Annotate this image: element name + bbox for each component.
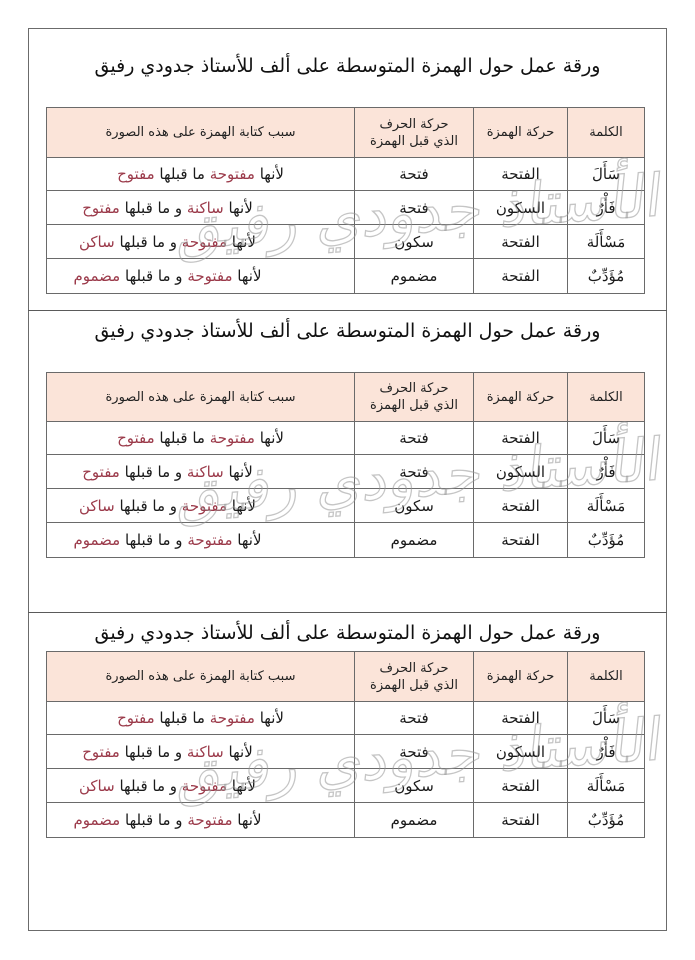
table-row: فَأْرٌالسكونفتحةلأنها ساكنة و ما قبلها م… <box>47 455 645 489</box>
table-row: مُؤَدِّبٌالفتحةمضموملأنها مفتوحة و ما قب… <box>47 803 645 838</box>
worksheet-table: الكلمة حركة الهمزة حركة الحرفالذي قبل ال… <box>46 107 645 294</box>
cell-word: مُؤَدِّبٌ <box>568 259 645 294</box>
cell-prev-vowel: فتحة <box>355 422 474 455</box>
cell-word: سَأَلَ <box>568 702 645 735</box>
reason-text: و ما قبلها <box>120 199 187 217</box>
header-prev-vowel: حركة الحرفالذي قبل الهمزة <box>355 373 474 422</box>
highlighted-term: مفتوحة <box>182 777 227 795</box>
cell-reason: لأنها مفتوحة و ما قبلها ساكن <box>47 489 355 523</box>
reason-text: ما قبلها <box>155 165 210 183</box>
highlighted-term: مفتوح <box>82 743 120 761</box>
highlighted-term: ساكنة <box>187 463 224 481</box>
table-row: سَأَلَالفتحةفتحةلأنها مفتوحة ما قبلها مف… <box>47 702 645 735</box>
header-word: الكلمة <box>568 373 645 422</box>
reason-text: و ما قبلها <box>120 463 187 481</box>
reason-text: ما قبلها <box>155 429 210 447</box>
worksheet-title: ورقة عمل حول الهمزة المتوسطة على ألف للأ… <box>28 622 667 644</box>
reason-text: و ما قبلها <box>120 531 187 549</box>
highlighted-term: مضموم <box>73 531 120 549</box>
table-header-row: الكلمة حركة الهمزة حركة الحرفالذي قبل ال… <box>47 108 645 158</box>
header-prev-vowel: حركة الحرفالذي قبل الهمزة <box>355 652 474 702</box>
cell-word: مَسْأَلَة <box>568 489 645 523</box>
cell-reason: لأنها ساكنة و ما قبلها مفتوح <box>47 191 355 225</box>
highlighted-term: مفتوح <box>117 165 155 183</box>
reason-text: لأنها <box>224 743 253 761</box>
cell-hamza-vowel: الفتحة <box>474 489 568 523</box>
header-word: الكلمة <box>568 652 645 702</box>
cell-hamza-vowel: الفتحة <box>474 259 568 294</box>
table-row: فَأْرٌالسكونفتحةلأنها ساكنة و ما قبلها م… <box>47 735 645 769</box>
cell-word: سَأَلَ <box>568 422 645 455</box>
highlighted-term: ساكن <box>79 497 115 515</box>
highlighted-term: مفتوحة <box>182 233 227 251</box>
cell-word: مَسْأَلَة <box>568 769 645 803</box>
table-row: مُؤَدِّبٌالفتحةمضموملأنها مفتوحة و ما قب… <box>47 259 645 294</box>
cell-word: فَأْرٌ <box>568 735 645 769</box>
table-row: فَأْرٌالسكونفتحةلأنها ساكنة و ما قبلها م… <box>47 191 645 225</box>
table-body: سَأَلَالفتحةفتحةلأنها مفتوحة ما قبلها مف… <box>47 422 645 558</box>
reason-text: لأنها <box>227 233 256 251</box>
highlighted-term: ساكنة <box>187 199 224 217</box>
table-row: سَأَلَالفتحةفتحةلأنها مفتوحة ما قبلها مف… <box>47 422 645 455</box>
header-prev-vowel: حركة الحرفالذي قبل الهمزة <box>355 108 474 158</box>
cell-prev-vowel: سكون <box>355 769 474 803</box>
reason-text: ما قبلها <box>155 709 210 727</box>
cell-prev-vowel: فتحة <box>355 191 474 225</box>
worksheet-table: الكلمة حركة الهمزة حركة الحرفالذي قبل ال… <box>46 651 645 838</box>
cell-prev-vowel: مضموم <box>355 259 474 294</box>
worksheet-title: ورقة عمل حول الهمزة المتوسطة على ألف للأ… <box>28 55 667 77</box>
reason-text: لأنها <box>255 709 284 727</box>
header-hamza-vowel: حركة الهمزة <box>474 652 568 702</box>
cell-word: مُؤَدِّبٌ <box>568 803 645 838</box>
reason-text: و ما قبلها <box>115 233 182 251</box>
reason-text: لأنها <box>255 429 284 447</box>
cell-word: فَأْرٌ <box>568 455 645 489</box>
table-body: سَأَلَالفتحةفتحةلأنها مفتوحة ما قبلها مف… <box>47 702 645 838</box>
reason-text: و ما قبلها <box>120 267 187 285</box>
header-hamza-vowel: حركة الهمزة <box>474 108 568 158</box>
highlighted-term: مفتوحة <box>210 165 255 183</box>
header-reason: سبب كتابة الهمزة على هذه الصورة <box>47 108 355 158</box>
cell-reason: لأنها مفتوحة و ما قبلها ساكن <box>47 769 355 803</box>
highlighted-term: مفتوحة <box>210 709 255 727</box>
cell-prev-vowel: فتحة <box>355 702 474 735</box>
reason-text: لأنها <box>224 463 253 481</box>
cell-hamza-vowel: السكون <box>474 191 568 225</box>
reason-text: لأنها <box>233 531 262 549</box>
cell-reason: لأنها مفتوحة و ما قبلها مضموم <box>47 803 355 838</box>
table-row: مَسْأَلَةالفتحةسكونلأنها مفتوحة و ما قبل… <box>47 489 645 523</box>
table-header-row: الكلمة حركة الهمزة حركة الحرفالذي قبل ال… <box>47 373 645 422</box>
cell-hamza-vowel: الفتحة <box>474 769 568 803</box>
cell-reason: لأنها مفتوحة ما قبلها مفتوح <box>47 702 355 735</box>
table-row: مَسْأَلَةالفتحةسكونلأنها مفتوحة و ما قبل… <box>47 225 645 259</box>
header-prev-vowel-line2: الذي قبل الهمزة <box>370 134 458 149</box>
cell-hamza-vowel: السكون <box>474 455 568 489</box>
highlighted-term: مفتوح <box>117 429 155 447</box>
reason-text: و ما قبلها <box>115 777 182 795</box>
table-row: مُؤَدِّبٌالفتحةمضموملأنها مفتوحة و ما قب… <box>47 523 645 558</box>
reason-text: لأنها <box>227 777 256 795</box>
cell-word: مُؤَدِّبٌ <box>568 523 645 558</box>
table-row: مَسْأَلَةالفتحةسكونلأنها مفتوحة و ما قبل… <box>47 769 645 803</box>
reason-text: و ما قبلها <box>115 497 182 515</box>
cell-hamza-vowel: الفتحة <box>474 225 568 259</box>
highlighted-term: مفتوحة <box>187 811 232 829</box>
cell-prev-vowel: فتحة <box>355 735 474 769</box>
cell-hamza-vowel: الفتحة <box>474 422 568 455</box>
reason-text: و ما قبلها <box>120 811 187 829</box>
highlighted-term: مفتوحة <box>210 429 255 447</box>
cell-prev-vowel: مضموم <box>355 523 474 558</box>
header-reason: سبب كتابة الهمزة على هذه الصورة <box>47 373 355 422</box>
highlighted-term: ساكن <box>79 233 115 251</box>
worksheet-table: الكلمة حركة الهمزة حركة الحرفالذي قبل ال… <box>46 372 645 558</box>
header-prev-vowel-line1: حركة الحرف <box>379 661 448 676</box>
reason-text: لأنها <box>255 165 284 183</box>
cell-reason: لأنها مفتوحة ما قبلها مفتوح <box>47 158 355 191</box>
highlighted-term: مفتوحة <box>187 267 232 285</box>
reason-text: لأنها <box>227 497 256 515</box>
header-hamza-vowel: حركة الهمزة <box>474 373 568 422</box>
highlighted-term: مفتوح <box>117 709 155 727</box>
cell-reason: لأنها ساكنة و ما قبلها مفتوح <box>47 455 355 489</box>
highlighted-term: ساكن <box>79 777 115 795</box>
reason-text: لأنها <box>233 811 262 829</box>
worksheet-section-1: ورقة عمل حول الهمزة المتوسطة على ألف للأ… <box>28 28 667 310</box>
highlighted-term: مضموم <box>73 811 120 829</box>
highlighted-term: مفتوح <box>82 463 120 481</box>
header-reason: سبب كتابة الهمزة على هذه الصورة <box>47 652 355 702</box>
cell-reason: لأنها مفتوحة و ما قبلها مضموم <box>47 523 355 558</box>
cell-hamza-vowel: السكون <box>474 735 568 769</box>
cell-hamza-vowel: الفتحة <box>474 803 568 838</box>
cell-reason: لأنها مفتوحة و ما قبلها مضموم <box>47 259 355 294</box>
highlighted-term: مفتوح <box>82 199 120 217</box>
worksheet-title: ورقة عمل حول الهمزة المتوسطة على ألف للأ… <box>28 320 667 342</box>
table-row: سَأَلَالفتحةفتحةلأنها مفتوحة ما قبلها مف… <box>47 158 645 191</box>
cell-prev-vowel: سكون <box>355 489 474 523</box>
cell-hamza-vowel: الفتحة <box>474 158 568 191</box>
cell-reason: لأنها ساكنة و ما قبلها مفتوح <box>47 735 355 769</box>
reason-text: و ما قبلها <box>120 743 187 761</box>
cell-reason: لأنها مفتوحة و ما قبلها ساكن <box>47 225 355 259</box>
cell-word: فَأْرٌ <box>568 191 645 225</box>
header-word: الكلمة <box>568 108 645 158</box>
cell-prev-vowel: فتحة <box>355 158 474 191</box>
header-prev-vowel-line2: الذي قبل الهمزة <box>370 678 458 693</box>
header-prev-vowel-line1: حركة الحرف <box>379 117 448 132</box>
table-header-row: الكلمة حركة الهمزة حركة الحرفالذي قبل ال… <box>47 652 645 702</box>
header-prev-vowel-line1: حركة الحرف <box>379 381 448 396</box>
cell-word: مَسْأَلَة <box>568 225 645 259</box>
highlighted-term: مفتوحة <box>182 497 227 515</box>
cell-hamza-vowel: الفتحة <box>474 523 568 558</box>
table-body: سَأَلَالفتحةفتحةلأنها مفتوحة ما قبلها مف… <box>47 158 645 294</box>
worksheet-section-2: ورقة عمل حول الهمزة المتوسطة على ألف للأ… <box>28 310 667 612</box>
worksheet-section-3: ورقة عمل حول الهمزة المتوسطة على ألف للأ… <box>28 612 667 931</box>
cell-prev-vowel: مضموم <box>355 803 474 838</box>
cell-reason: لأنها مفتوحة ما قبلها مفتوح <box>47 422 355 455</box>
cell-prev-vowel: سكون <box>355 225 474 259</box>
cell-hamza-vowel: الفتحة <box>474 702 568 735</box>
cell-prev-vowel: فتحة <box>355 455 474 489</box>
cell-word: سَأَلَ <box>568 158 645 191</box>
highlighted-term: مضموم <box>73 267 120 285</box>
highlighted-term: مفتوحة <box>187 531 232 549</box>
reason-text: لأنها <box>224 199 253 217</box>
reason-text: لأنها <box>233 267 262 285</box>
highlighted-term: ساكنة <box>187 743 224 761</box>
header-prev-vowel-line2: الذي قبل الهمزة <box>370 398 458 413</box>
